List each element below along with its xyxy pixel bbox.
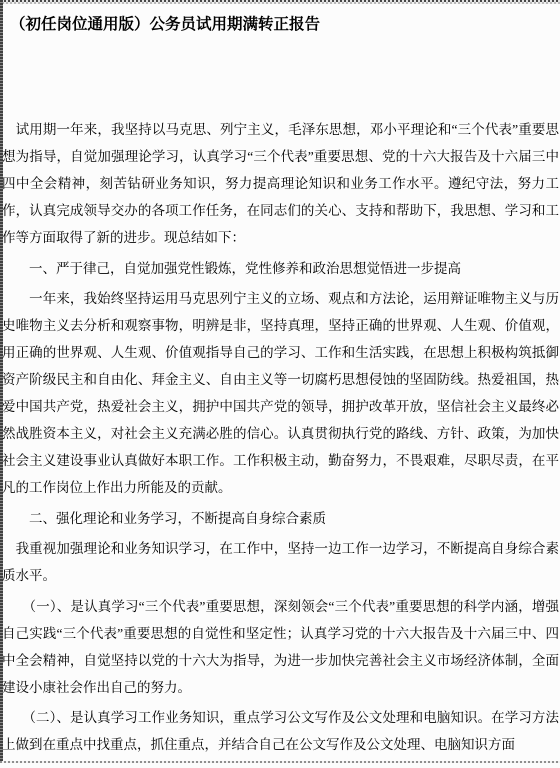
- paragraph: （一）、是认真学习“三个代表”重要思想，深刻领会“三个代表”重要思想的科学内涵，…: [2, 593, 559, 701]
- document-title: （初任岗位通用版）公务员试用期满转正报告: [10, 14, 552, 35]
- paragraph: （二）、是认真学习工作业务知识，重点学习公文写作及公文处理和电脑知识。在学习方法…: [2, 704, 559, 758]
- page-edge-top: [0, 0, 560, 4]
- paragraph: 一年来，我始终坚持运用马克思列宁主义的立场、观点和方法论，运用辩证唯物主义与历史…: [2, 285, 559, 501]
- paragraph: 试用期一年来，我坚持以马克思、列宁主义，毛泽东思想，邓小平理论和“三个代表”重要…: [2, 116, 559, 251]
- document-body: 试用期一年来，我坚持以马克思、列宁主义，毛泽东思想，邓小平理论和“三个代表”重要…: [2, 116, 559, 762]
- paragraph: 我重视加强理论和业务知识学习，在工作中，坚持一边工作一边学习，不断提高自身综合素…: [2, 535, 559, 589]
- paragraph: 二、强化理论和业务学习，不断提高自身综合素质: [2, 505, 559, 532]
- document-page: （初任岗位通用版）公务员试用期满转正报告 试用期一年来，我坚持以马克思、列宁主义…: [0, 0, 560, 768]
- paragraph: 一、严于律己，自觉加强党性锻炼，党性修养和政治思想觉悟进一步提高: [2, 255, 559, 282]
